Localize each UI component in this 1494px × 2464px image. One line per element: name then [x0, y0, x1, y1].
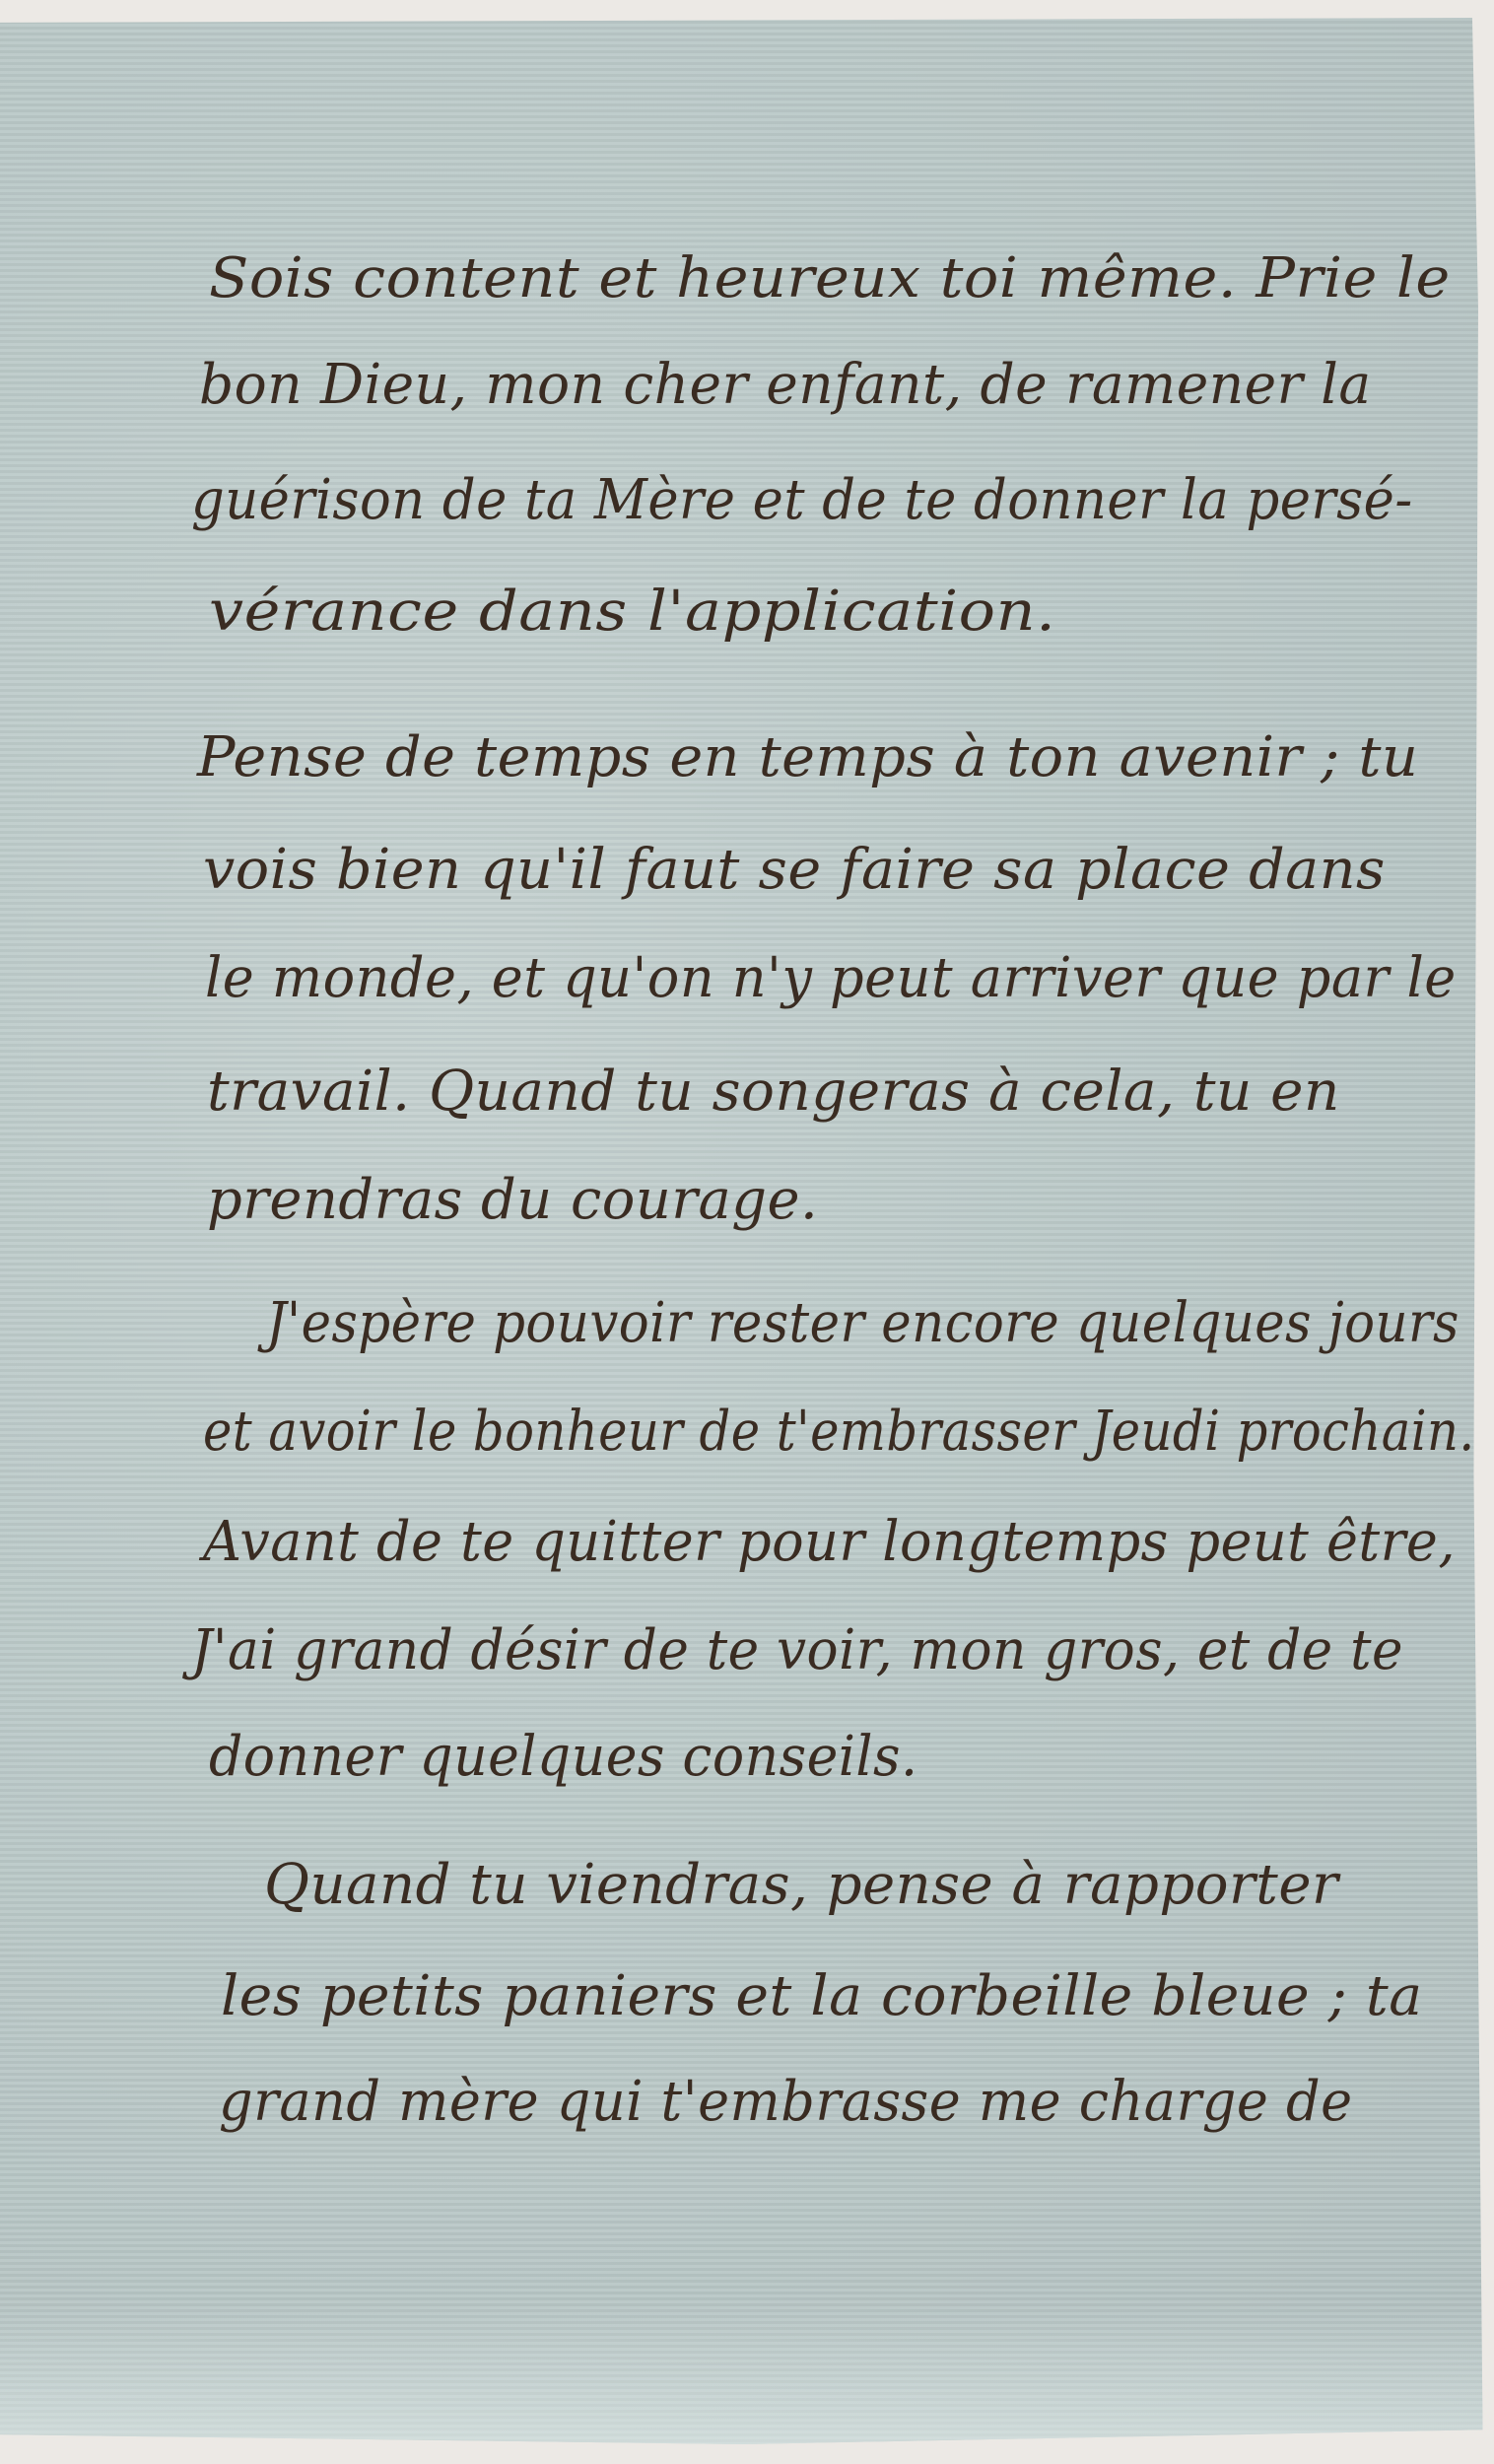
letter-line: J'espère pouvoir rester encore quelques … — [266, 1291, 1460, 1355]
letter-line: travail. Quand tu songeras à cela, tu en — [207, 1060, 1340, 1124]
letter-line: donner quelques conseils. — [209, 1725, 918, 1789]
letter-line: grand mère qui t'embrasse me charge de — [219, 2070, 1353, 2134]
letter-line: vois bien qu'il faut se faire sa place d… — [203, 838, 1386, 902]
letter-line: le monde, et qu'on n'y peut arriver que … — [205, 946, 1457, 1010]
letter-line: vérance dans l'application. — [209, 580, 1055, 644]
letter-line: guérison de ta Mère et de te donner la p… — [191, 468, 1413, 532]
letter-line: bon Dieu, mon cher enfant, de ramener la — [199, 353, 1372, 417]
letter-line: Pense de temps en temps à ton avenir ; t… — [197, 725, 1418, 789]
letter-line: prendras du courage. — [207, 1168, 818, 1232]
letter-line: les petits paniers et la corbeille bleue… — [221, 1964, 1423, 2028]
letter-line: Quand tu viendras, pense à rapporter — [264, 1853, 1338, 1917]
letter-line: J'ai grand désir de te voir, mon gros, e… — [191, 1618, 1403, 1682]
letter-line: Sois content et heureux toi même. Prie l… — [209, 246, 1451, 310]
letter-line: et avoir le bonheur de t'embrasser Jeudi… — [203, 1400, 1475, 1464]
letter-line: Avant de te quitter pour longtemps peut … — [203, 1510, 1456, 1574]
